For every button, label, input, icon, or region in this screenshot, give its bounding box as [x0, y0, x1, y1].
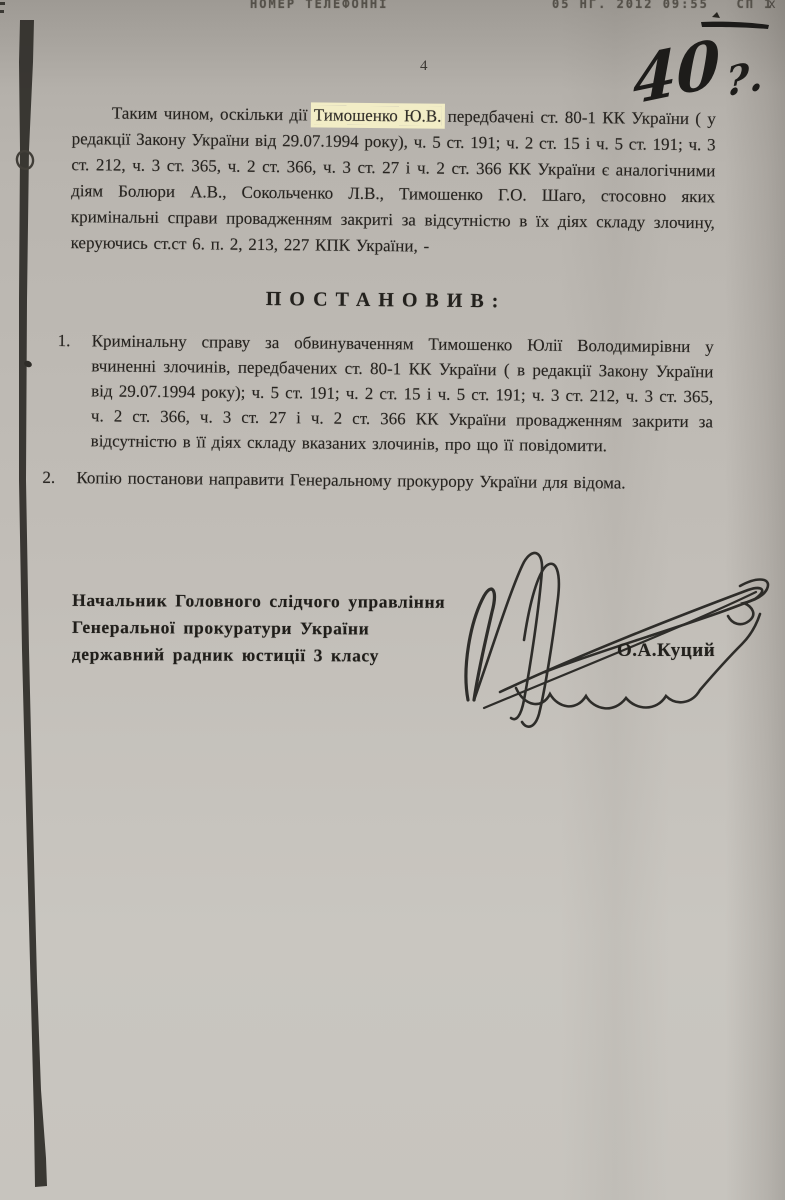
- scanned-document-photo: { "fax_header": { "device_label": "НОМЕР…: [0, 0, 785, 1200]
- decision-items: 1. Кримінальну справу за обвинуваченням …: [56, 328, 714, 496]
- page-number: 4: [420, 58, 429, 75]
- list-item: 1. Кримінальну справу за обвинуваченням …: [57, 328, 714, 459]
- margin-ring-mark: [15, 149, 35, 170]
- intro-paragraph: Таким чином, оскільки дії Тимошенко Ю.В.…: [71, 100, 716, 262]
- item-marker: 1.: [57, 328, 92, 453]
- signatory-title-line: Генеральної прокуратури України: [72, 614, 502, 643]
- scan-speck: [23, 360, 33, 369]
- page-right-edge-shadow: [725, 0, 785, 1200]
- highlighted-name: Тимошенко Ю.В.: [314, 105, 442, 125]
- item-text: Кримінальну справу за обвинуваченням Тим…: [91, 328, 714, 459]
- signatory-title-line: державний радник юстиції 3 класу: [72, 641, 502, 670]
- item-text: Копію постанови направити Генеральному п…: [76, 465, 712, 496]
- fax-corner-mark: х: [768, 0, 776, 12]
- handwritten-question-mark: ?.: [726, 51, 763, 106]
- list-item: 2. Копію постанови направити Генеральном…: [42, 465, 712, 496]
- fax-header-strip: НОМЕР ТЕЛЕФОННІ 05 НГ. 2012 09:55 СП 1: [0, 0, 785, 15]
- signatory-title: Начальник Головного слідчого управління …: [72, 587, 502, 670]
- intro-text-before: Таким чином, оскільки дії: [112, 103, 314, 124]
- fax-underline-mark: [701, 22, 769, 29]
- decision-heading: ПОСТАНОВИВ:: [58, 284, 714, 316]
- document-body: Таким чином, оскільки дії Тимошенко Ю.В.…: [56, 100, 716, 496]
- binding-shadow-bar: [19, 20, 47, 1187]
- signatory-name: О.А.Куций: [617, 640, 715, 662]
- fax-device-label: НОМЕР ТЕЛЕФОННІ: [250, 0, 388, 11]
- intro-text-after: передбачені ст. 80-1 КК України ( у реда…: [71, 107, 716, 256]
- signatory-title-line: Начальник Головного слідчого управління: [72, 587, 502, 616]
- fax-timestamp: 05 НГ. 2012 09:55 СП 1: [552, 0, 773, 11]
- item-marker: 2.: [42, 465, 76, 490]
